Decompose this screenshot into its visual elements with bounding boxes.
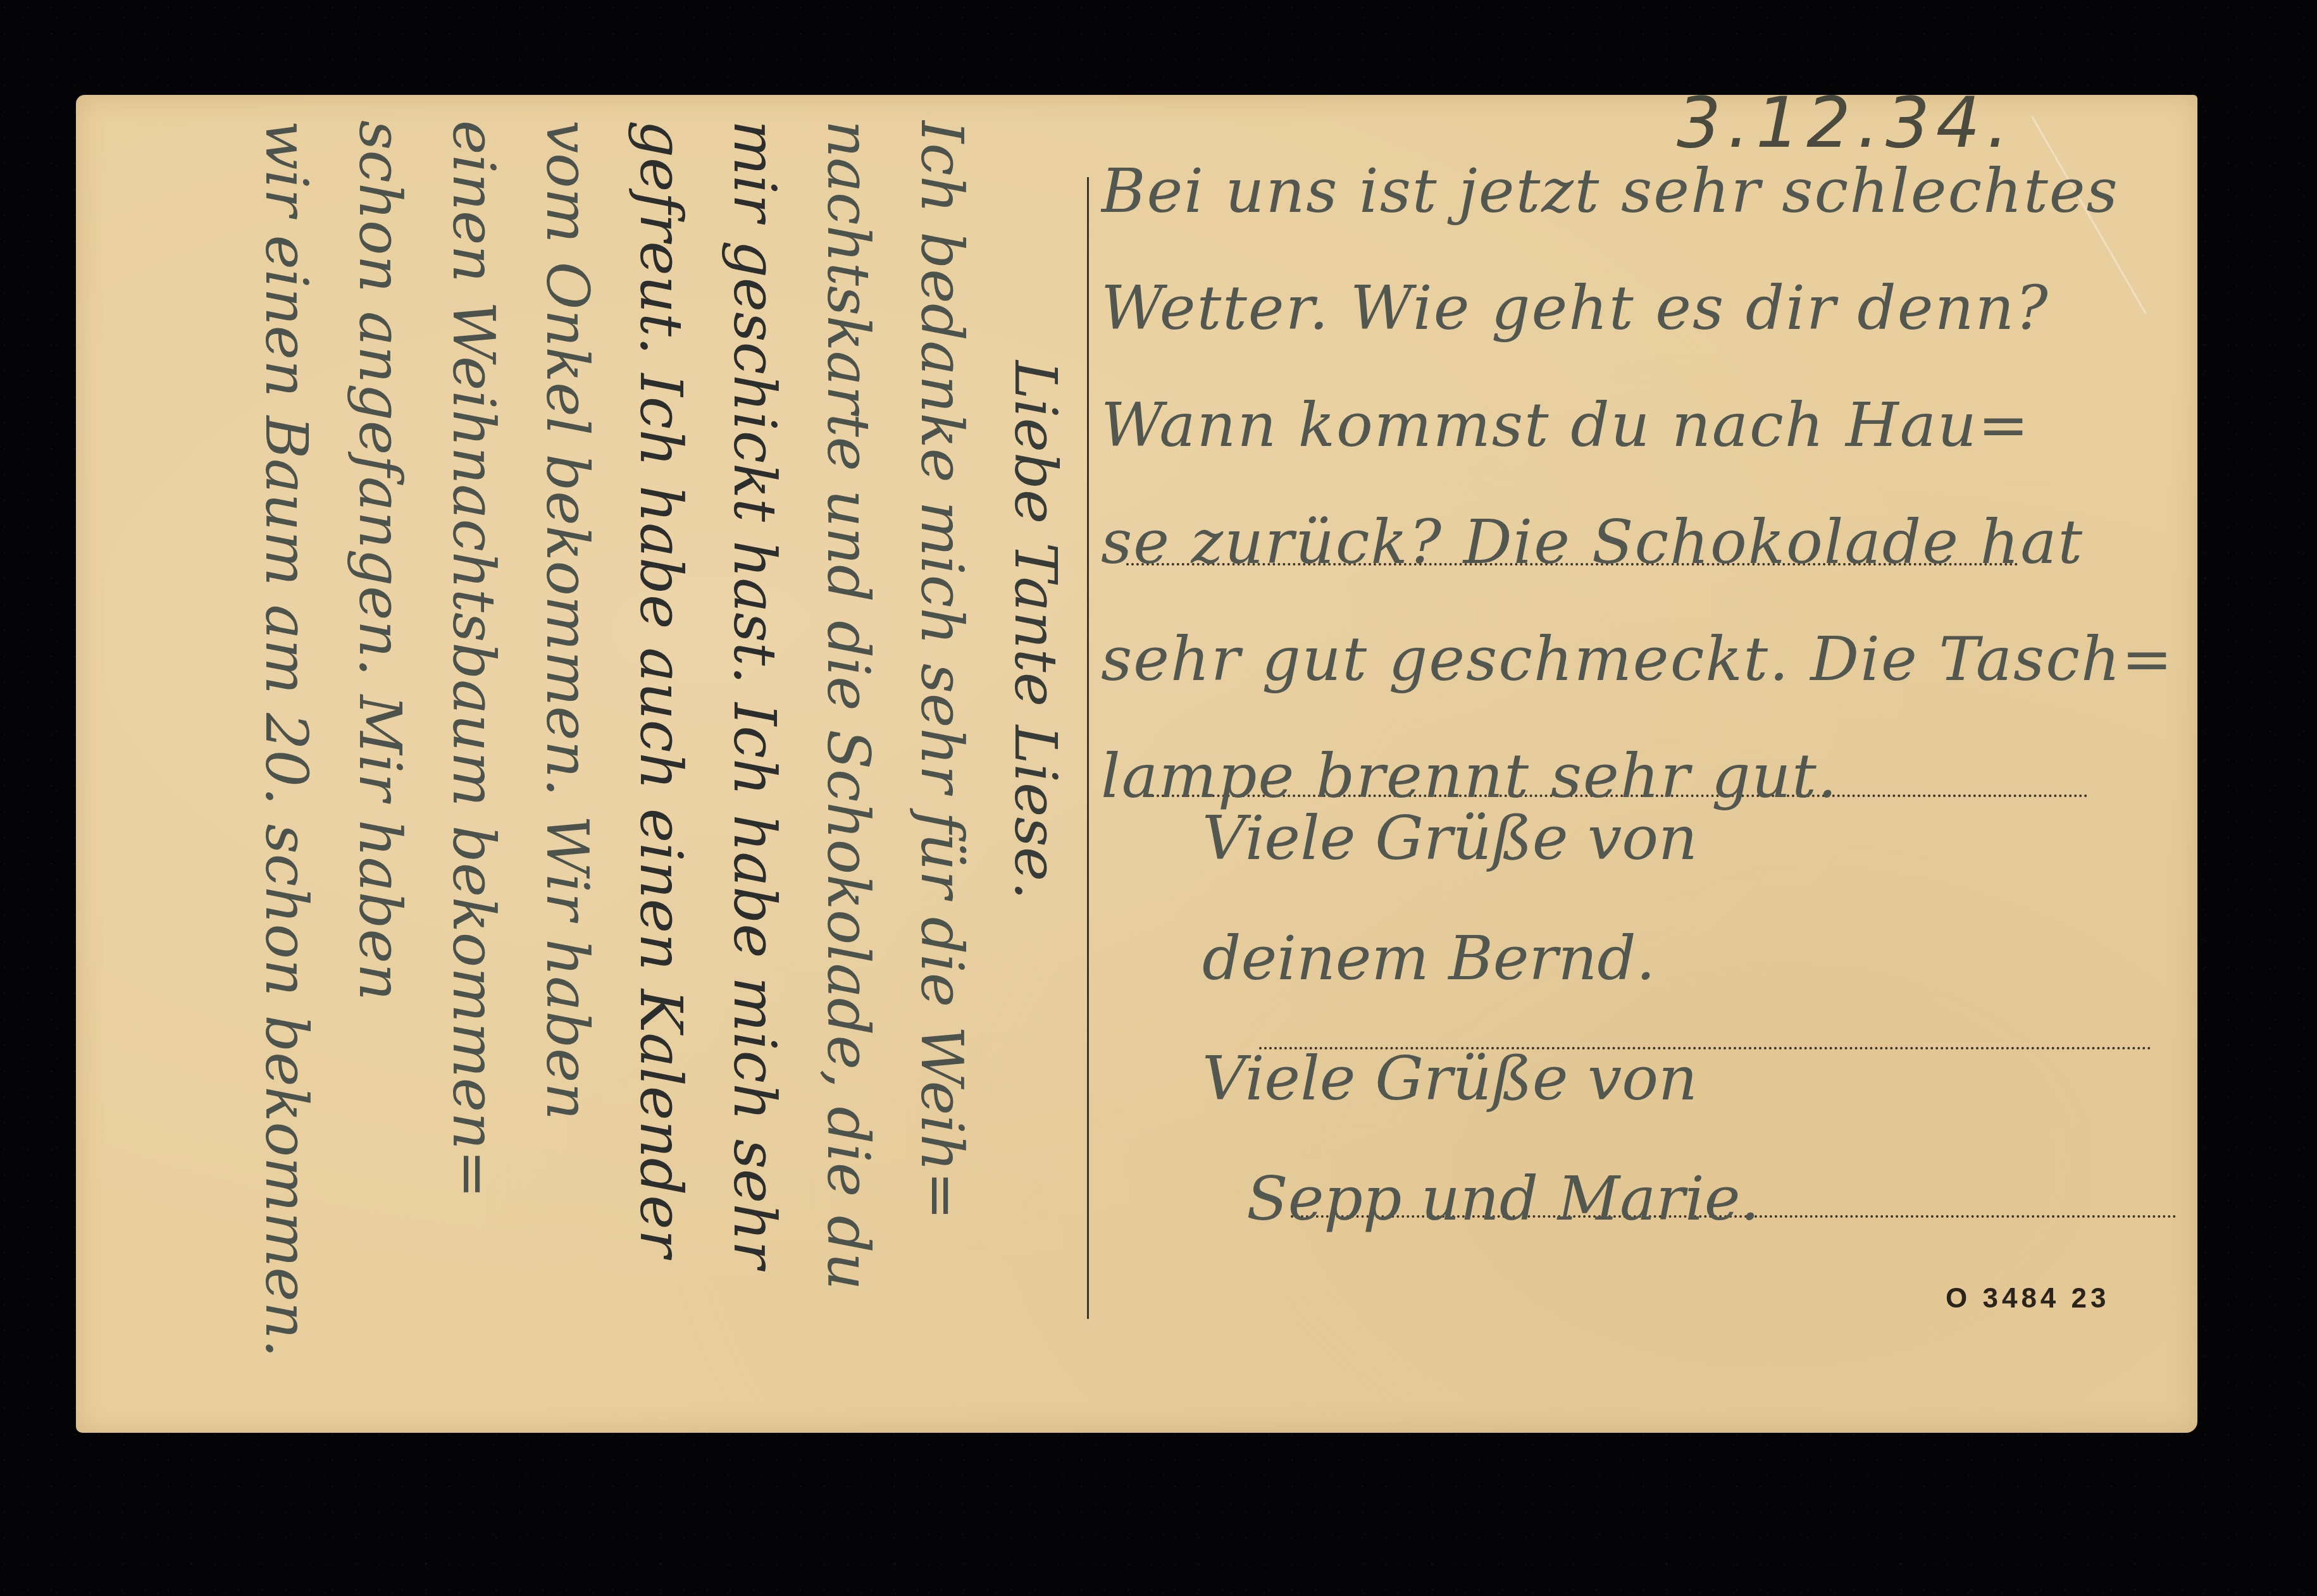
closing-greetings: Viele Grüße von deinem Bernd. Viele Grüß… xyxy=(1202,778,2151,1259)
left-message-rotated: Liebe Tante Liese. Ich bedanke mich sehr… xyxy=(108,120,1082,1385)
message-line: wir einen Baum am 20. schon bekommen. xyxy=(239,120,333,1385)
signature-line: Sepp und Marie. xyxy=(1202,1139,2151,1259)
message-line: Bei uns ist jetzt sehr schlechtes xyxy=(1101,133,2189,250)
closing-line: deinem Bernd. xyxy=(1202,898,2151,1018)
message-line: Wetter. Wie geht es dir denn? xyxy=(1101,250,2189,367)
message-line: nachtskarte und die Schokolade, die du xyxy=(801,120,895,1385)
message-line: sehr gut geschmeckt. Die Tasch= xyxy=(1101,601,2189,718)
right-message: Bei uns ist jetzt sehr schlechtes Wetter… xyxy=(1101,133,2189,835)
salutation: Liebe Tante Liese. xyxy=(988,120,1082,1385)
message-line: schon angefangen. Mir haben xyxy=(333,120,426,1385)
message-line: gefreut. Ich habe auch einen Kalender xyxy=(614,120,707,1385)
message-line: se zurück? Die Schokolade hat xyxy=(1101,484,2189,601)
message-line: einen Weihnachtsbaum bekommen= xyxy=(426,120,520,1385)
message-line: mir geschickt hast. Ich habe mich sehr xyxy=(707,120,801,1385)
printer-code: O 3484 23 xyxy=(1946,1283,2110,1315)
message-line: Wann kommst du nach Hau= xyxy=(1101,367,2189,484)
message-line: Ich bedanke mich sehr für die Weih= xyxy=(895,120,988,1385)
closing-line: Viele Grüße von xyxy=(1202,1018,2151,1139)
address-divider-line xyxy=(1087,177,1089,1319)
closing-line: Viele Grüße von xyxy=(1202,778,2151,898)
postcard: 3.12.34. Bei uns ist jetzt sehr schlecht… xyxy=(76,95,2197,1433)
message-line: vom Onkel bekommen. Wir haben xyxy=(520,120,614,1385)
